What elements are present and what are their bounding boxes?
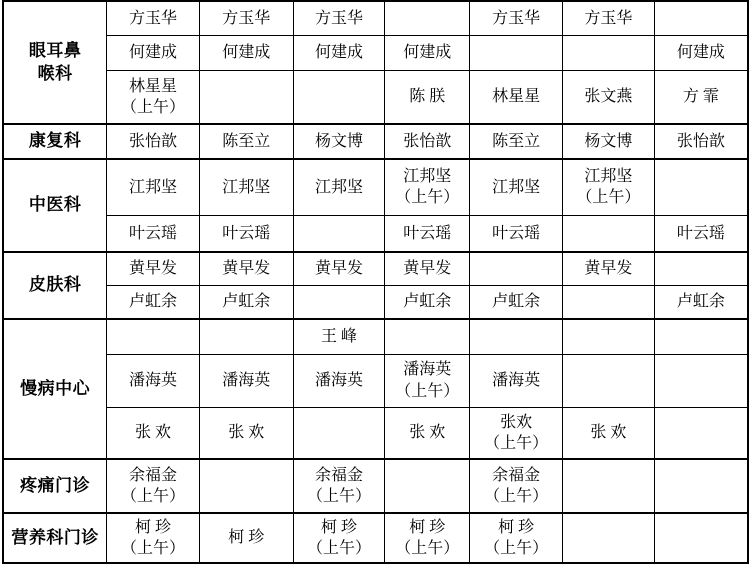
- schedule-cell: [562, 215, 654, 252]
- schedule-cell: [654, 319, 748, 354]
- schedule-cell: 方玉华: [470, 1, 563, 35]
- schedule-cell: 陈 朕: [385, 70, 470, 124]
- schedule-cell: 江邦坚: [470, 159, 563, 215]
- department-cell: 眼耳鼻 喉科: [3, 1, 107, 124]
- department-cell: 皮肤科: [3, 252, 107, 319]
- schedule-cell: 潘海英 （上午）: [385, 354, 470, 407]
- schedule-cell: [562, 285, 654, 319]
- table-row: 何建成何建成何建成何建成何建成: [3, 35, 748, 70]
- schedule-cell: 卢虹余: [107, 285, 200, 319]
- schedule-cell: [199, 459, 293, 513]
- table-row: 林星星 （上午）陈 朕林星星张文燕方 霏: [3, 70, 748, 124]
- department-cell: 营养科门诊: [3, 513, 107, 563]
- schedule-cell: 柯 珍 （上午）: [385, 513, 470, 563]
- schedule-cell: 潘海英: [199, 354, 293, 407]
- schedule-cell: [562, 459, 654, 513]
- table-row: 营养科门诊柯 珍 （上午）柯 珍柯 珍 （上午）柯 珍 （上午）柯 珍 （上午）: [3, 513, 748, 563]
- department-cell: 康复科: [3, 124, 107, 159]
- schedule-cell: 方玉华: [562, 1, 654, 35]
- schedule-cell: 余福金 （上午）: [470, 459, 563, 513]
- schedule-cell: [385, 319, 470, 354]
- schedule-cell: [293, 215, 385, 252]
- schedule-cell: 卢虹余: [654, 285, 748, 319]
- table-row: 张 欢张 欢张 欢张欢 （上午）张 欢: [3, 407, 748, 459]
- table-row: 中医科江邦坚江邦坚江邦坚江邦坚 （上午）江邦坚江邦坚 （上午）: [3, 159, 748, 215]
- schedule-cell: 柯 珍 （上午）: [107, 513, 200, 563]
- schedule-cell: 叶云瑶: [385, 215, 470, 252]
- schedule-cell: 何建成: [293, 35, 385, 70]
- schedule-cell: [654, 407, 748, 459]
- schedule-cell: 黄早发: [199, 252, 293, 285]
- schedule-cell: 张怡歆: [385, 124, 470, 159]
- table-row: 潘海英潘海英潘海英潘海英 （上午）潘海英: [3, 354, 748, 407]
- schedule-cell: 林星星: [470, 70, 563, 124]
- schedule-cell: 张怡歆: [654, 124, 748, 159]
- schedule-cell: 何建成: [107, 35, 200, 70]
- schedule-cell: 江邦坚: [107, 159, 200, 215]
- schedule-cell: 黄早发: [107, 252, 200, 285]
- schedule-cell: [199, 70, 293, 124]
- schedule-cell: 潘海英: [470, 354, 563, 407]
- schedule-table-body: 眼耳鼻 喉科方玉华方玉华方玉华方玉华方玉华何建成何建成何建成何建成何建成林星星 …: [3, 1, 748, 563]
- schedule-cell: 柯 珍 （上午）: [470, 513, 563, 563]
- schedule-cell: 余福金 （上午）: [107, 459, 200, 513]
- schedule-cell: 陈至立: [470, 124, 563, 159]
- schedule-cell: 张 欢: [199, 407, 293, 459]
- table-row: 叶云瑶叶云瑶叶云瑶叶云瑶叶云瑶: [3, 215, 748, 252]
- schedule-cell: [562, 319, 654, 354]
- schedule-cell: [562, 35, 654, 70]
- department-cell: 疼痛门诊: [3, 459, 107, 513]
- table-row: 康复科张怡歆陈至立杨文博张怡歆陈至立杨文博张怡歆: [3, 124, 748, 159]
- schedule-cell: [385, 1, 470, 35]
- schedule-cell: [293, 70, 385, 124]
- schedule-cell: 卢虹余: [385, 285, 470, 319]
- schedule-cell: 林星星 （上午）: [107, 70, 200, 124]
- schedule-cell: 方玉华: [199, 1, 293, 35]
- schedule-cell: 张 欢: [562, 407, 654, 459]
- schedule-cell: 黄早发: [385, 252, 470, 285]
- schedule-cell: [654, 513, 748, 563]
- schedule-cell: 潘海英: [293, 354, 385, 407]
- schedule-cell: [654, 252, 748, 285]
- schedule-cell: 方玉华: [293, 1, 385, 35]
- schedule-cell: 张 欢: [107, 407, 200, 459]
- schedule-cell: 陈至立: [199, 124, 293, 159]
- schedule-cell: [562, 354, 654, 407]
- schedule-cell: 张怡歆: [107, 124, 200, 159]
- schedule-cell: [470, 252, 563, 285]
- schedule-cell: 黄早发: [293, 252, 385, 285]
- schedule-cell: 叶云瑶: [654, 215, 748, 252]
- schedule-cell: 江邦坚 （上午）: [385, 159, 470, 215]
- schedule-cell: [562, 513, 654, 563]
- schedule-cell: [654, 159, 748, 215]
- page: 眼耳鼻 喉科方玉华方玉华方玉华方玉华方玉华何建成何建成何建成何建成何建成林星星 …: [0, 0, 749, 564]
- schedule-cell: [470, 35, 563, 70]
- schedule-cell: 叶云瑶: [199, 215, 293, 252]
- schedule-cell: [470, 319, 563, 354]
- schedule-cell: 方 霏: [654, 70, 748, 124]
- schedule-cell: [654, 459, 748, 513]
- schedule-cell: 江邦坚: [293, 159, 385, 215]
- schedule-cell: 潘海英: [107, 354, 200, 407]
- schedule-cell: 张 欢: [385, 407, 470, 459]
- schedule-cell: 方玉华: [107, 1, 200, 35]
- schedule-cell: [654, 354, 748, 407]
- schedule-cell: 卢虹余: [199, 285, 293, 319]
- schedule-cell: [385, 459, 470, 513]
- table-row: 卢虹余卢虹余卢虹余卢虹余卢虹余: [3, 285, 748, 319]
- schedule-cell: [199, 319, 293, 354]
- schedule-cell: [107, 319, 200, 354]
- schedule-cell: 黄早发: [562, 252, 654, 285]
- table-row: 眼耳鼻 喉科方玉华方玉华方玉华方玉华方玉华: [3, 1, 748, 35]
- schedule-cell: 何建成: [385, 35, 470, 70]
- schedule-cell: 叶云瑶: [107, 215, 200, 252]
- schedule-cell: 张文燕: [562, 70, 654, 124]
- schedule-cell: 何建成: [654, 35, 748, 70]
- schedule-cell: 余福金 （上午）: [293, 459, 385, 513]
- department-cell: 慢病中心: [3, 319, 107, 459]
- schedule-cell: 杨文博: [562, 124, 654, 159]
- department-cell: 中医科: [3, 159, 107, 252]
- schedule-cell: 江邦坚: [199, 159, 293, 215]
- schedule-table: 眼耳鼻 喉科方玉华方玉华方玉华方玉华方玉华何建成何建成何建成何建成何建成林星星 …: [2, 0, 749, 564]
- schedule-cell: 柯 珍 （上午）: [293, 513, 385, 563]
- schedule-cell: 王 峰: [293, 319, 385, 354]
- schedule-cell: 叶云瑶: [470, 215, 563, 252]
- table-row: 慢病中心王 峰: [3, 319, 748, 354]
- schedule-cell: [654, 1, 748, 35]
- schedule-cell: [293, 285, 385, 319]
- schedule-cell: 柯 珍: [199, 513, 293, 563]
- schedule-cell: [293, 407, 385, 459]
- schedule-cell: 卢虹余: [470, 285, 563, 319]
- table-row: 皮肤科黄早发黄早发黄早发黄早发黄早发: [3, 252, 748, 285]
- schedule-cell: 何建成: [199, 35, 293, 70]
- schedule-cell: 江邦坚 （上午）: [562, 159, 654, 215]
- schedule-cell: 杨文博: [293, 124, 385, 159]
- table-row: 疼痛门诊余福金 （上午）余福金 （上午）余福金 （上午）: [3, 459, 748, 513]
- schedule-cell: 张欢 （上午）: [470, 407, 563, 459]
